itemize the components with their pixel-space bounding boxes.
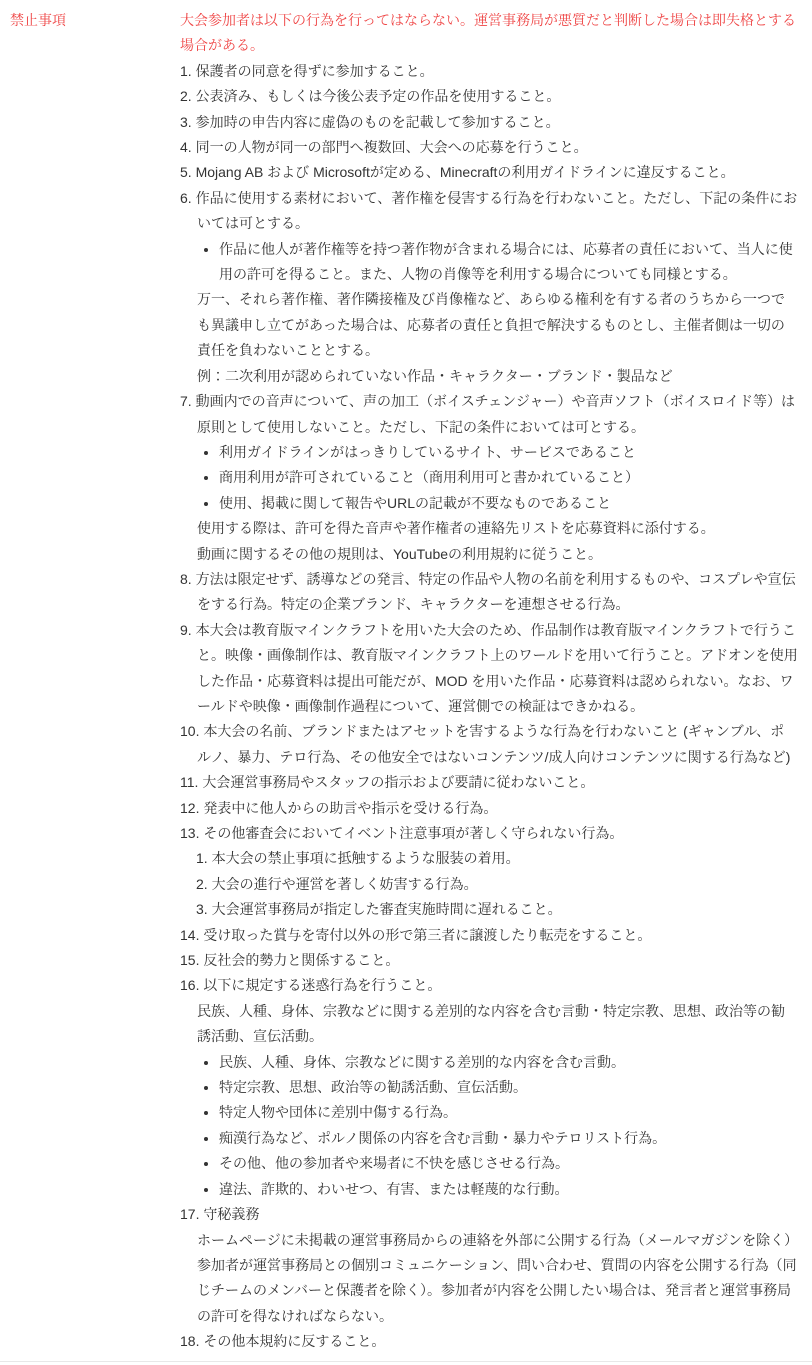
rule-7-bullets: 利用ガイドラインがはっきりしているサイト、サービスであること 商用利用が許可され… [180,440,798,516]
rule-marker: 15. [180,952,199,968]
rule-item-16: 16. 以下に規定する迷惑行為を行うこと。 民族、人種、身体、宗教などに関する差… [180,973,798,1202]
rule-bullet: 痴漢行為など、ポルノ関係の内容を含む言動・暴力やテロリスト行為。 [219,1126,798,1151]
rule-marker: 8. [180,571,192,587]
rule-marker: 7. [180,393,192,409]
rule-marker: 14. [180,927,199,943]
rule-item-18: 18. その他本規約に反すること。 [180,1329,798,1354]
rule-marker: 17. [180,1206,199,1222]
rule-6-bullets: 作品に他人が著作権等を持つ著作物が含まれる場合には、応募者の責任において、当人に… [180,237,798,288]
rule-item-14: 14. 受け取った賞与を寄付以外の形で第三者に譲渡したり転売をすること。 [180,923,798,948]
rule-item-8: 8. 方法は限定せず、誘導などの発言、特定の作品や人物の名前を利用するものや、コ… [180,567,798,618]
rule-bullet: 違法、詐欺的、わいせつ、有害、または軽蔑的な行動。 [219,1177,798,1202]
rule-subitem: 3. 大会運営事務局が指定した審査実施時間に遅れること。 [180,897,798,922]
rule-item-6: 6. 作品に使用する素材において、著作権を侵害する行為を行わないこと。ただし、下… [180,186,798,389]
rule-text: その他審査会においてイベント注意事項が著しく守られない行為。 [203,825,623,841]
rule-bullet: 特定宗教、思想、政治等の勧誘活動、宣伝活動。 [219,1075,798,1100]
rule-item-5: 5. Mojang AB および Microsoftが定める、Minecraft… [180,160,798,185]
rule-text: 発表中に他人からの助言や指示を受ける行為。 [203,800,497,816]
rule-text: 参加時の申告内容に虚偽のものを記載して参加すること。 [196,114,560,130]
rule-item-12: 12. 発表中に他人からの助言や指示を受ける行為。 [180,796,798,821]
rule-marker: 6. [180,190,192,206]
rule-item-15: 15. 反社会的勢力と関係すること。 [180,948,798,973]
rule-text: 公表済み、もしくは今後公表予定の作品を使用すること。 [196,88,561,104]
rule-text: 動画内での音声について、声の加工（ボイスチェンジャー）や音声ソフト（ボイスロイド… [196,393,795,434]
rule-marker: 16. [180,977,199,993]
rule-item-13: 13. その他審査会においてイベント注意事項が著しく守られない行為。 1. 本大… [180,821,798,923]
rule-marker: 4. [180,139,192,155]
rule-marker: 5. [180,164,192,180]
rule-marker: 3. [180,114,192,130]
rule-sub-marker: 3. [196,901,208,917]
rule-note: 民族、人種、身体、宗教などに関する差別的な内容を含む言動・特定宗教、思想、政治等… [180,999,798,1050]
rule-note: ホームページに未掲載の運営事務局からの連絡を外部に公開する行為（メールマガジンを… [180,1228,798,1253]
rule-bullet: 使用、掲載に関して報告やURLの記載が不要なものであること [219,491,798,516]
rule-bullet: 作品に他人が著作権等を持つ著作物が含まれる場合には、応募者の責任において、当人に… [219,237,798,288]
rule-marker: 13. [180,825,199,841]
rule-text: 反社会的勢力と関係すること。 [203,952,399,968]
rule-item-2: 2. 公表済み、もしくは今後公表予定の作品を使用すること。 [180,84,798,109]
rule-sub-marker: 1. [196,850,208,866]
rule-13-subitems: 1. 本大会の禁止事項に抵触するような服装の着用。 2. 大会の進行や運営を著し… [180,846,798,922]
rule-note: 動画に関するその他の規則は、YouTubeの利用規約に従うこと。 [180,542,798,567]
rule-text: 本大会の名前、ブランドまたはアセットを害するような行為を行わないこと (ギャンブ… [197,723,790,764]
rule-item-10: 10. 本大会の名前、ブランドまたはアセットを害するような行為を行わないこと (… [180,719,798,770]
rule-marker: 11. [180,774,198,790]
rule-item-17: 17. 守秘義務 ホームページに未掲載の運営事務局からの連絡を外部に公開する行為… [180,1202,798,1329]
rule-text: Mojang AB および Microsoftが定める、Minecraftの利用… [196,164,735,180]
prohibited-items-section: 禁止事項 大会参加者は以下の行為を行ってはならない。運営事務局が悪質だと判断した… [0,0,812,1362]
rule-bullet: その他、他の参加者や来場者に不快を感じさせる行為。 [219,1151,798,1176]
rule-item-3: 3. 参加時の申告内容に虚偽のものを記載して参加すること。 [180,110,798,135]
rule-note: 使用する際は、許可を得た音声や著作権者の連絡先リストを応募資料に添付する。 [180,516,798,541]
rule-item-11: 11. 大会運営事務局やスタッフの指示および要請に従わないこと。 [180,770,798,795]
rule-bullet: 利用ガイドラインがはっきりしているサイト、サービスであること [219,440,798,465]
rule-bullet: 民族、人種、身体、宗教などに関する差別的な内容を含む言動。 [219,1050,798,1075]
rule-marker: 9. [180,622,192,638]
rule-note: 例：二次利用が認められていない作品・キャラクター・ブランド・製品など [180,364,798,389]
rule-text: 受け取った賞与を寄付以外の形で第三者に譲渡したり転売をすること。 [203,927,651,943]
rule-marker: 12. [180,800,199,816]
rule-text: 保護者の同意を得ずに参加すること。 [196,63,434,79]
rule-marker: 1. [180,63,192,79]
rule-bullet: 特定人物や団体に差別中傷する行為。 [219,1100,798,1125]
rule-sub-text: 大会の進行や運営を著しく妨害する行為。 [212,876,478,892]
rules-list: 1. 保護者の同意を得ずに参加すること。 2. 公表済み、もしくは今後公表予定の… [180,59,798,1355]
rule-marker: 18. [180,1333,199,1349]
rule-marker: 10. [180,723,199,739]
rule-text: 守秘義務 [203,1206,259,1222]
rule-item-4: 4. 同一の人物が同一の部門へ複数回、大会への応募を行うこと。 [180,135,798,160]
rule-text: 大会運営事務局やスタッフの指示および要請に従わないこと。 [202,774,594,790]
rule-marker: 2. [180,88,192,104]
rule-bullet: 商用利用が許可されていること（商用利用可と書かれていること） [219,465,798,490]
rule-sub-text: 本大会の禁止事項に抵触するような服装の着用。 [212,850,520,866]
rule-note: 参加者が運営事務局との個別コミュニケーション、問い合わせ、質問の内容を公開する行… [180,1253,798,1329]
rule-text: 方法は限定せず、誘導などの発言、特定の作品や人物の名前を利用するものや、コスプレ… [196,571,796,612]
rule-note: 万一、それら著作権、著作隣接権及び肖像権など、あらゆる権利を有する者のうちから一… [180,287,798,363]
rule-sub-marker: 2. [196,876,208,892]
rule-text: その他本規約に反すること。 [203,1333,385,1349]
rule-text: 以下に規定する迷惑行為を行うこと。 [203,977,441,993]
rule-subitem: 2. 大会の進行や運営を著しく妨害する行為。 [180,872,798,897]
rule-item-1: 1. 保護者の同意を得ずに参加すること。 [180,59,798,84]
rule-text: 作品に使用する素材において、著作権を侵害する行為を行わないこと。ただし、下記の条… [196,190,798,231]
section-title: 禁止事項 [10,12,66,28]
rule-item-9: 9. 本大会は教育版マインクラフトを用いた大会のため、作品制作は教育版マインクラ… [180,618,798,720]
rules-content: 大会参加者は以下の行為を行ってはならない。運営事務局が悪質だと判断した場合は即失… [180,8,812,1355]
rule-16-bullets: 民族、人種、身体、宗教などに関する差別的な内容を含む言動。 特定宗教、思想、政治… [180,1050,798,1202]
rule-text: 本大会は教育版マインクラフトを用いた大会のため、作品制作は教育版マインクラフトで… [196,622,798,714]
rule-subitem: 1. 本大会の禁止事項に抵触するような服装の着用。 [180,846,798,871]
rule-item-7: 7. 動画内での音声について、声の加工（ボイスチェンジャー）や音声ソフト（ボイス… [180,389,798,567]
section-label-column: 禁止事項 [0,8,180,33]
rule-text: 同一の人物が同一の部門へ複数回、大会への応募を行うこと。 [196,139,588,155]
rule-sub-text: 大会運営事務局が指定した審査実施時間に遅れること。 [212,901,562,917]
rules-intro: 大会参加者は以下の行為を行ってはならない。運営事務局が悪質だと判断した場合は即失… [180,8,798,59]
